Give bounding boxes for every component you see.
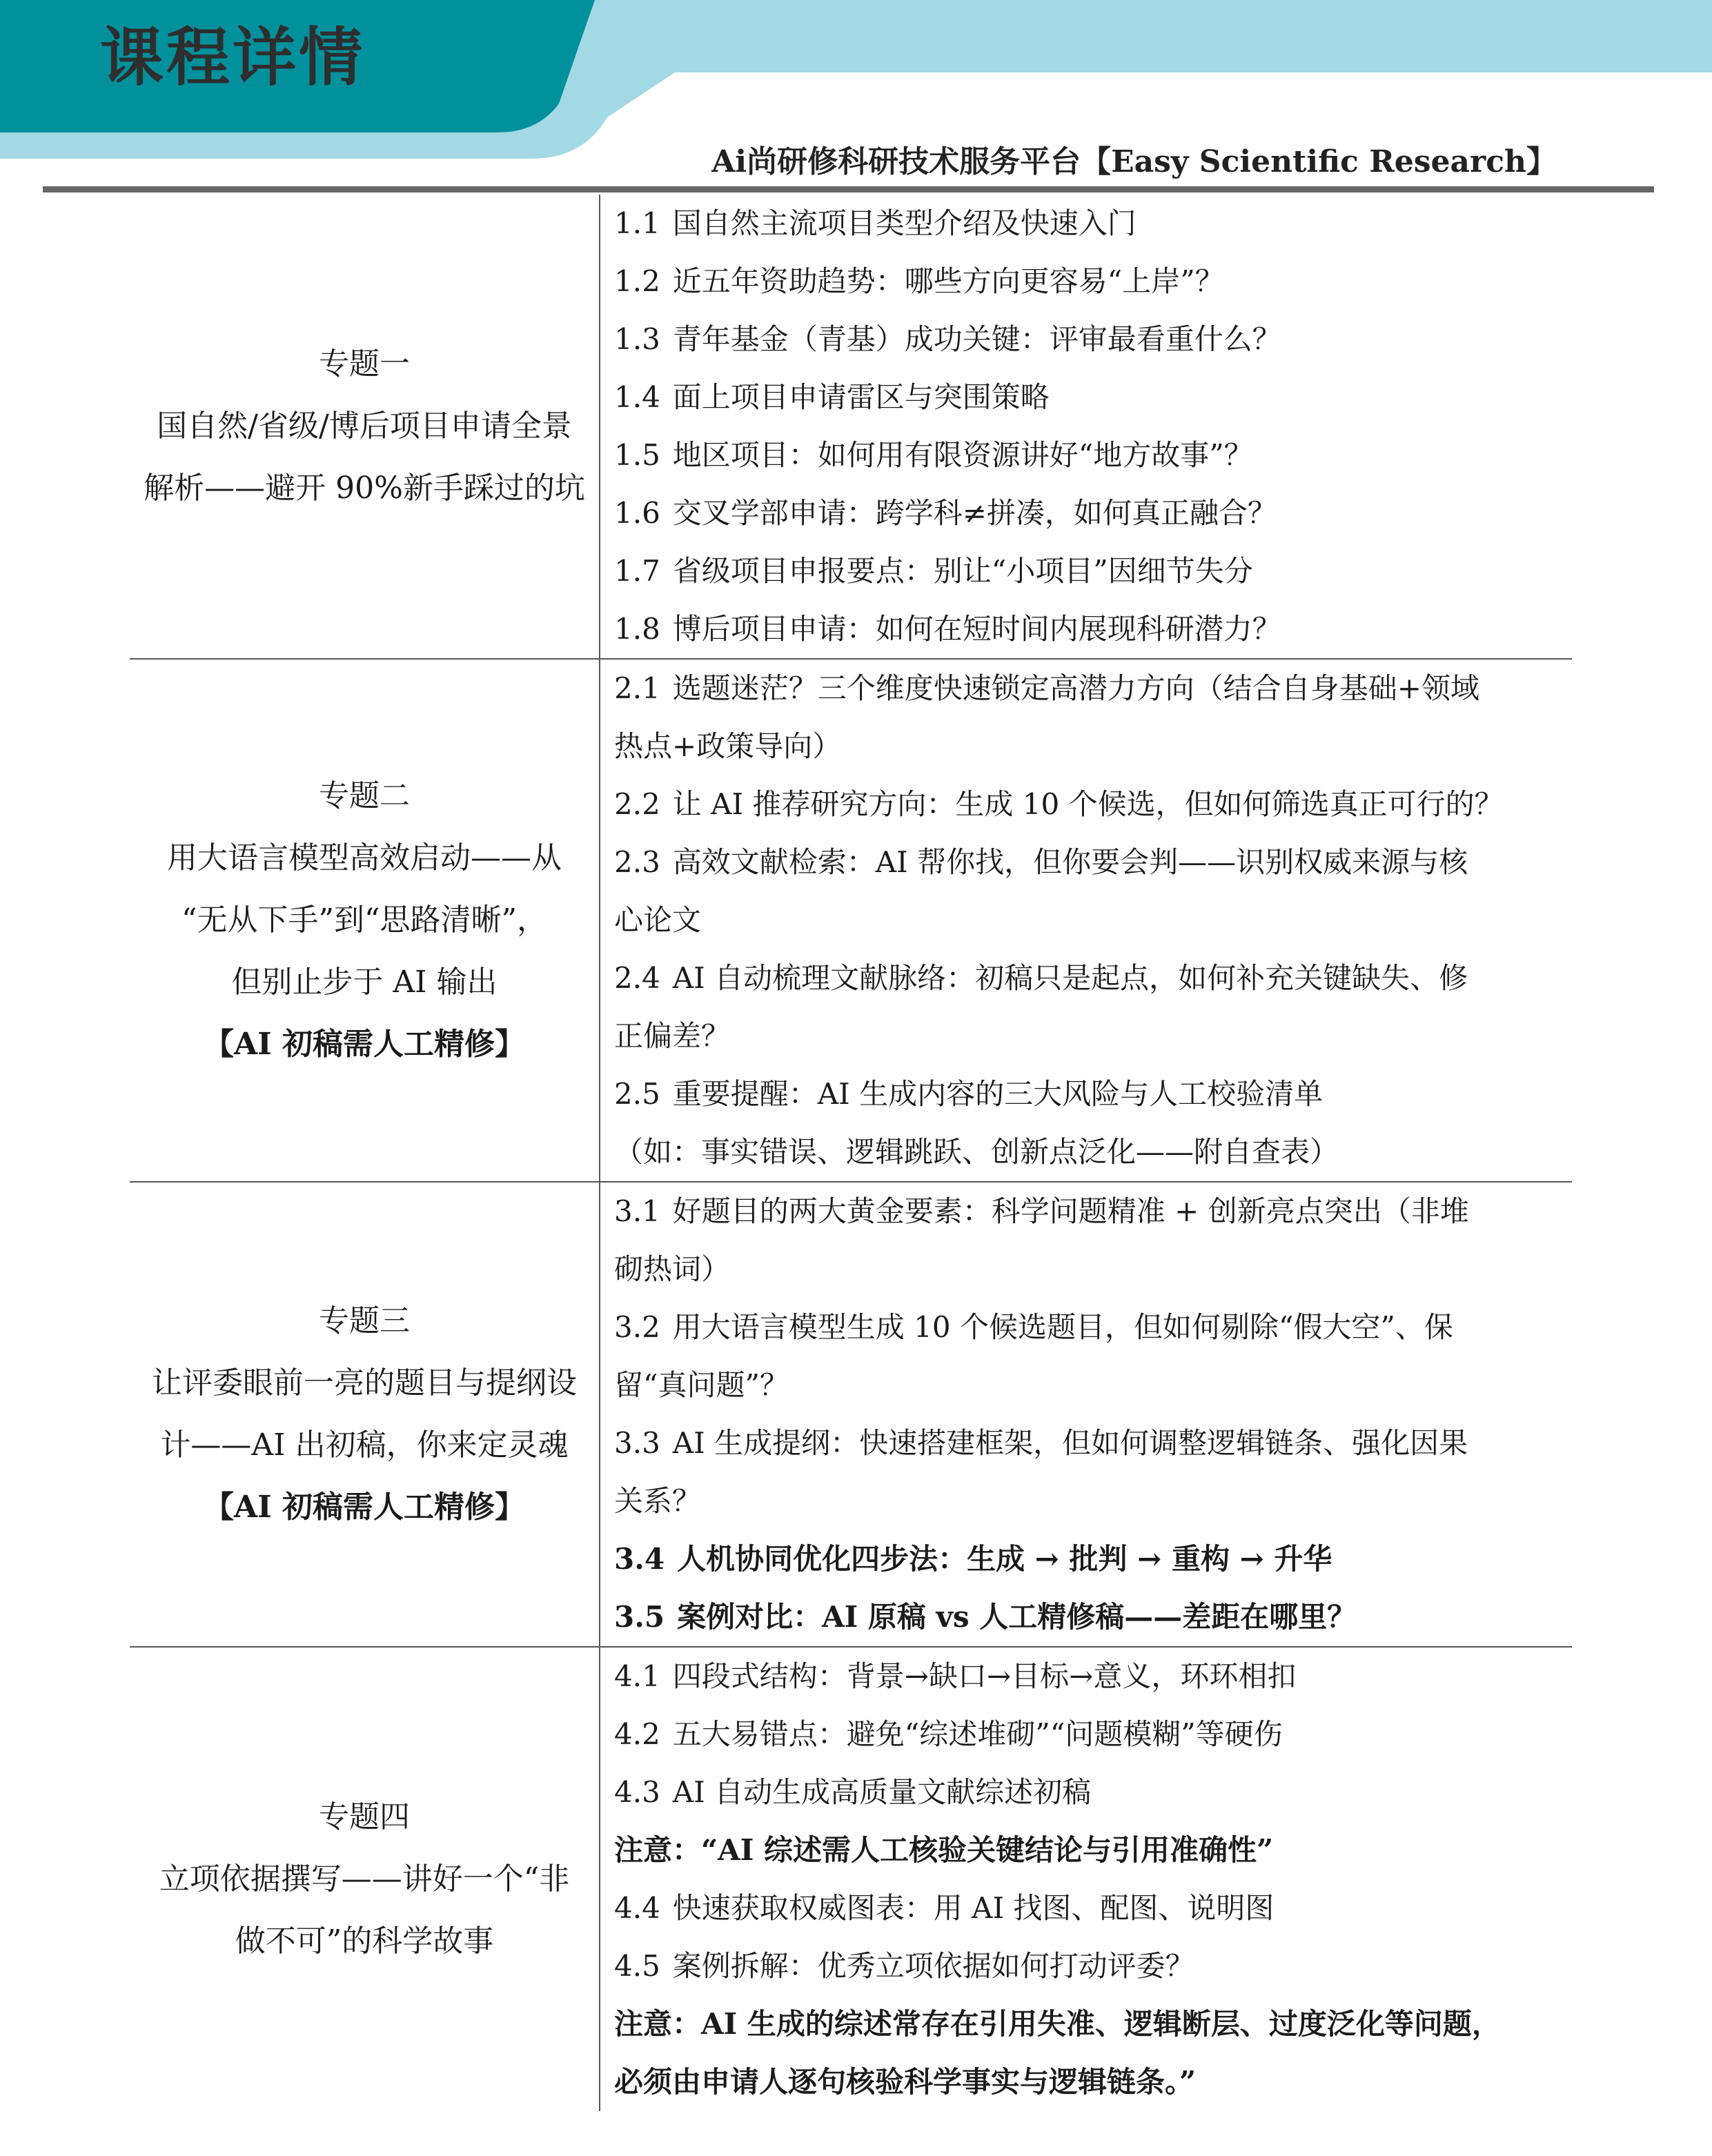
list-item: 3.1好题目的两大黄金要素：科学问题精准 + 创新亮点突出（非堆 <box>614 1183 1572 1240</box>
topic-title-cell: 专题四 立项依据撰写——讲好一个“非 做不可”的科学故事 <box>130 1648 600 2111</box>
topic-title-line: 立项依据撰写——讲好一个“非 <box>159 1848 570 1910</box>
list-item-continued: 关系？ <box>614 1472 1572 1530</box>
topic-label: 专题一 <box>319 333 410 395</box>
topic-label: 专题三 <box>319 1290 410 1352</box>
header-divider <box>43 186 1654 192</box>
list-item: 4.3AI 自动生成高质量文献综述初稿 <box>614 1763 1572 1821</box>
list-item: 1.7省级项目申报要点：别让“小项目”因细节失分 <box>614 542 1572 600</box>
platform-name: Ai尚研修科研技术服务平台【Easy Scientific Research】 <box>711 137 1557 181</box>
topic-items: 2.1选题迷茫？三个维度快速锁定高潜力方向（结合自身基础+领域 热点+政策导向）… <box>600 660 1572 1181</box>
list-item: 3.2用大语言模型生成 10 个候选题目，但如何剔除“假大空”、保 <box>614 1298 1572 1356</box>
list-item: 3.4人机协同优化四步法：生成 → 批判 → 重构 → 升华 <box>614 1530 1572 1588</box>
topic-items: 4.1四段式结构：背景→缺口→目标→意义，环环相扣 4.2五大易错点：避免“综述… <box>600 1648 1572 2111</box>
note-item: 注意：AI 生成的综述常存在引用失准、逻辑断层、过度泛化等问题， <box>614 1995 1572 2053</box>
topic-items: 1.1国自然主流项目类型介绍及快速入门 1.2近五年资助趋势：哪些方向更容易“上… <box>600 195 1572 658</box>
list-item-continued: 正偏差？ <box>614 1007 1572 1065</box>
topic-title-cell: 专题一 国自然/省级/博后项目申请全景 解析——避开 90%新手踩过的坑 <box>130 195 600 658</box>
list-item: 1.6交叉学部申请：跨学科≠拼凑，如何真正融合？ <box>614 484 1572 542</box>
list-item: 1.2近五年资助趋势：哪些方向更容易“上岸”？ <box>614 253 1572 310</box>
list-item: 4.4快速获取权威图表：用 AI 找图、配图、说明图 <box>614 1879 1572 1937</box>
list-item: 3.3AI 生成提纲：快速搭建框架，但如何调整逻辑链条、强化因果 <box>614 1414 1572 1472</box>
list-item-continued: 热点+政策导向） <box>614 718 1572 775</box>
list-item: 1.5地区项目：如何用有限资源讲好“地方故事”？ <box>614 426 1572 484</box>
list-item: 1.8博后项目申请：如何在短时间内展现科研潜力？ <box>614 600 1572 658</box>
topic-title-cell: 专题三 让评委眼前一亮的题目与提纲设 计——AI 出初稿，你来定灵魂 【AI 初… <box>130 1183 600 1646</box>
topic-title-line: 做不可”的科学故事 <box>235 1910 494 1972</box>
list-item: 3.5案例对比：AI 原稿 vs 人工精修稿——差距在哪里？ <box>614 1588 1572 1646</box>
page-title: 课程详情 <box>100 26 365 90</box>
list-item: 2.1选题迷茫？三个维度快速锁定高潜力方向（结合自身基础+领域 <box>614 660 1572 718</box>
topic-section-3: 专题三 让评委眼前一亮的题目与提纲设 计——AI 出初稿，你来定灵魂 【AI 初… <box>130 1183 1572 1648</box>
topic-title-line: 国自然/省级/博后项目申请全景 <box>157 395 572 457</box>
topic-label: 专题四 <box>319 1786 410 1848</box>
list-item-continued: （如：事实错误、逻辑跳跃、创新点泛化——附自查表） <box>614 1123 1572 1181</box>
topic-section-4: 专题四 立项依据撰写——讲好一个“非 做不可”的科学故事 4.1四段式结构：背景… <box>130 1648 1572 2111</box>
list-item: 1.3青年基金（青基）成功关键：评审最看重什么？ <box>614 310 1572 368</box>
list-item: 1.4面上项目申请雷区与突围策略 <box>614 368 1572 426</box>
topic-section-1: 专题一 国自然/省级/博后项目申请全景 解析——避开 90%新手踩过的坑 1.1… <box>130 195 1572 660</box>
topic-title-line: 但别止步于 AI 输出 <box>231 951 497 1013</box>
course-table: 专题一 国自然/省级/博后项目申请全景 解析——避开 90%新手踩过的坑 1.1… <box>130 195 1572 2111</box>
topic-title-line: 用大语言模型高效启动——从 <box>167 827 562 889</box>
list-item: 4.5案例拆解：优秀立项依据如何打动评委？ <box>614 1937 1572 1995</box>
list-item-continued: 砌热词） <box>614 1240 1572 1298</box>
topic-title-cell: 专题二 用大语言模型高效启动——从 “无从下手”到“思路清晰”， 但别止步于 A… <box>130 660 600 1181</box>
topic-note: 【AI 初稿需人工精修】 <box>204 1013 525 1076</box>
note-item-continued: 必须由申请人逐句核验科学事实与逻辑链条。” <box>614 2053 1572 2111</box>
list-item: 2.3高效文献检索：AI 帮你找，但你要会判——识别权威来源与核 <box>614 833 1572 891</box>
topic-title-line: 让评委眼前一亮的题目与提纲设 <box>152 1352 577 1414</box>
topic-title-line: 解析——避开 90%新手踩过的坑 <box>144 457 585 520</box>
list-item: 2.5重要提醒：AI 生成内容的三大风险与人工校验清单 <box>614 1065 1572 1123</box>
list-item: 2.4AI 自动梳理文献脉络：初稿只是起点，如何补充关键缺失、修 <box>614 949 1572 1007</box>
list-item: 4.2五大易错点：避免“综述堆砌”“问题模糊”等硬伤 <box>614 1705 1572 1763</box>
list-item: 1.1国自然主流项目类型介绍及快速入门 <box>614 195 1572 253</box>
note-item: 注意：“AI 综述需人工核验关键结论与引用准确性” <box>614 1821 1572 1879</box>
topic-items: 3.1好题目的两大黄金要素：科学问题精准 + 创新亮点突出（非堆 砌热词） 3.… <box>600 1183 1572 1646</box>
list-item: 4.1四段式结构：背景→缺口→目标→意义，环环相扣 <box>614 1648 1572 1705</box>
list-item-continued: 留“真问题”？ <box>614 1356 1572 1414</box>
topic-label: 专题二 <box>319 765 410 827</box>
list-item-continued: 心论文 <box>614 891 1572 949</box>
topic-section-2: 专题二 用大语言模型高效启动——从 “无从下手”到“思路清晰”， 但别止步于 A… <box>130 660 1572 1183</box>
topic-title-line: 计——AI 出初稿，你来定灵魂 <box>160 1414 568 1476</box>
list-item: 2.2让 AI 推荐研究方向：生成 10 个候选，但如何筛选真正可行的？ <box>614 775 1572 833</box>
topic-note: 【AI 初稿需人工精修】 <box>204 1476 525 1539</box>
topic-title-line: “无从下手”到“思路清晰”， <box>181 889 547 951</box>
